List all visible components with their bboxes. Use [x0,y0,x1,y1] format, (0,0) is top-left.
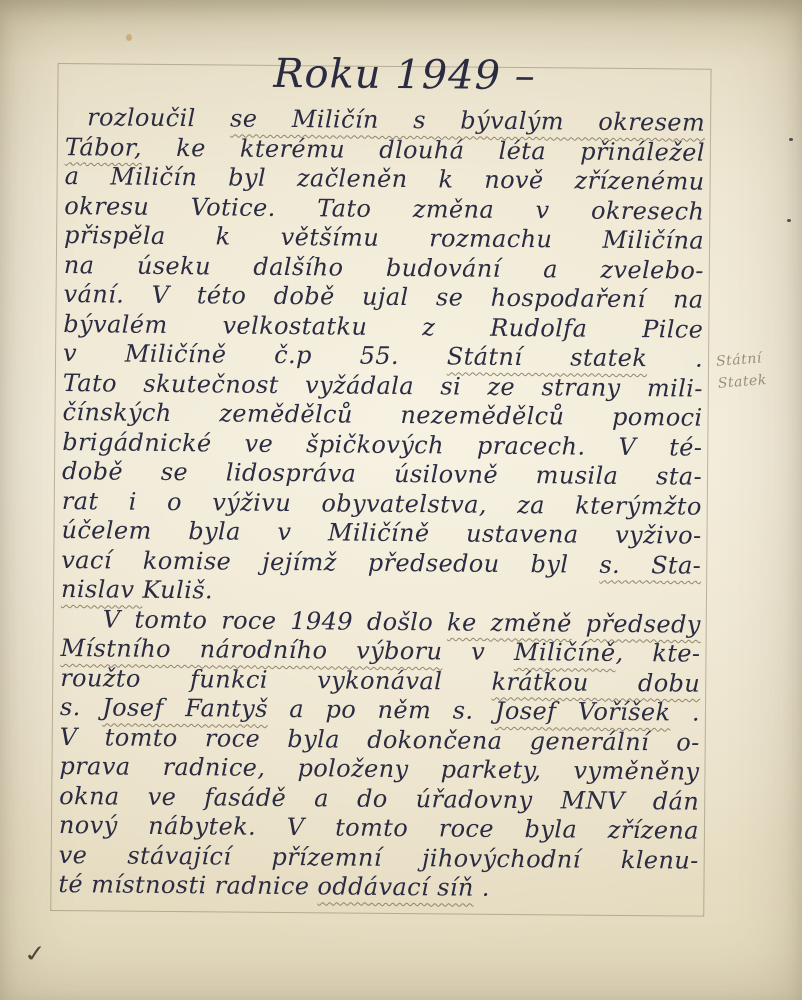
text-segment: té místnosti radnice [58,870,317,900]
underlined-phrase: s. Sta- [599,550,701,579]
text-segment: přispěla k většímu rozmachu Miličína [64,221,704,255]
text-segment: a Miličín byl začleněn k nově zřízenému [65,162,705,196]
text-segment: okna ve fasádě a do úřadovny MNV dán [59,782,699,816]
underlined-phrase: Josef Fantyš [102,693,268,722]
text-segment: ke kterému dlouhá léta přináležel [142,133,705,166]
text-segment: s. [60,693,102,721]
stain-speck [126,34,132,41]
text-segment: okresu Votice. Tato změna v okresech [64,192,704,226]
underlined-phrase: oddávací síň [317,872,474,901]
page-content: Roku 1949 – rozloučil se Miličín s býval… [0,0,802,1000]
underlined-phrase: Josef Voříšek [495,697,671,727]
text-segment: Tato skutečnost vyžádala si ze strany mi… [63,369,703,403]
underlined-phrase: předsedy [586,609,701,638]
handwriting-lines: rozloučil se Miličín s bývalým okresemTá… [58,103,705,905]
underlined-phrase: Miličíně [514,638,616,667]
margin-note: Státní Statek [715,347,767,395]
margin-note-line: Statek [717,369,768,395]
text-segment: roužto funkci vykonával [60,664,491,696]
text-segment: V tomto roce 1949 došlo [103,605,448,636]
text-segment: na úseku dalšího budování a zvelebo- [64,251,704,285]
corner-check-mark: ✓ [22,941,48,969]
text-segment: čínských zemědělců nezemědělců pomoci [62,398,702,432]
text-segment: účelem byla v Miličíně ustavena vyživo- [61,516,701,550]
text-segment: rat i o výživu obyvatelstva, za kterýmžt… [62,487,702,521]
text-segment: v Miličíně č.p 55. [63,339,447,370]
ink-speck [787,219,791,222]
underlined-phrase: Státní statek [447,342,648,372]
ink-speck [789,138,793,141]
underlined-phrase: Místního národního výboru [60,634,442,665]
text-segment: brigádnické ve špičkových pracech. V té- [62,428,702,462]
text-segment [572,609,586,637]
text-segment: V tomto roce byla dokončena generální o- [60,723,700,757]
text-segment: , kte- [615,639,700,668]
text-segment: a po něm s. [268,695,495,725]
text-segment: Kuliš. [142,576,213,605]
text-segment: prava radnice, položeny parkety, vyměněn… [59,752,699,786]
text-segment: . [670,698,700,726]
text-segment: době se lidospráva úsilovně musila sta- [62,457,702,491]
text-segment: . [474,874,490,902]
page-title: Roku 1949 – [3,49,802,102]
underlined-phrase: krátkou dobu [491,667,700,697]
text-segment: ve stávající přízemní jihovýchodní klenu… [59,841,699,875]
text-segment: rozloučil [87,103,230,132]
text-segment: vací komise jejímž předsedou byl [61,546,599,579]
text-segment: nový nábytek. V tomto roce byla zřízena [59,811,699,845]
text-segment: v [442,637,514,666]
underlined-phrase: Tábor, [65,133,142,162]
underlined-phrase: se Miličín s bývalým okresem [230,105,705,137]
text-segment: vání. V této době ujal se hospodaření na [63,280,703,314]
text-segment: bývalém velkostatku z Rudolfa Pilce [63,310,703,344]
handwritten-line: té místnosti radnice oddávací síň . [58,870,698,905]
underlined-phrase: ke změně [447,608,572,637]
underlined-phrase: nislav [61,575,143,604]
text-segment: . [647,344,703,372]
chronicle-page: Roku 1949 – rozloučil se Miličín s býval… [0,0,802,1000]
